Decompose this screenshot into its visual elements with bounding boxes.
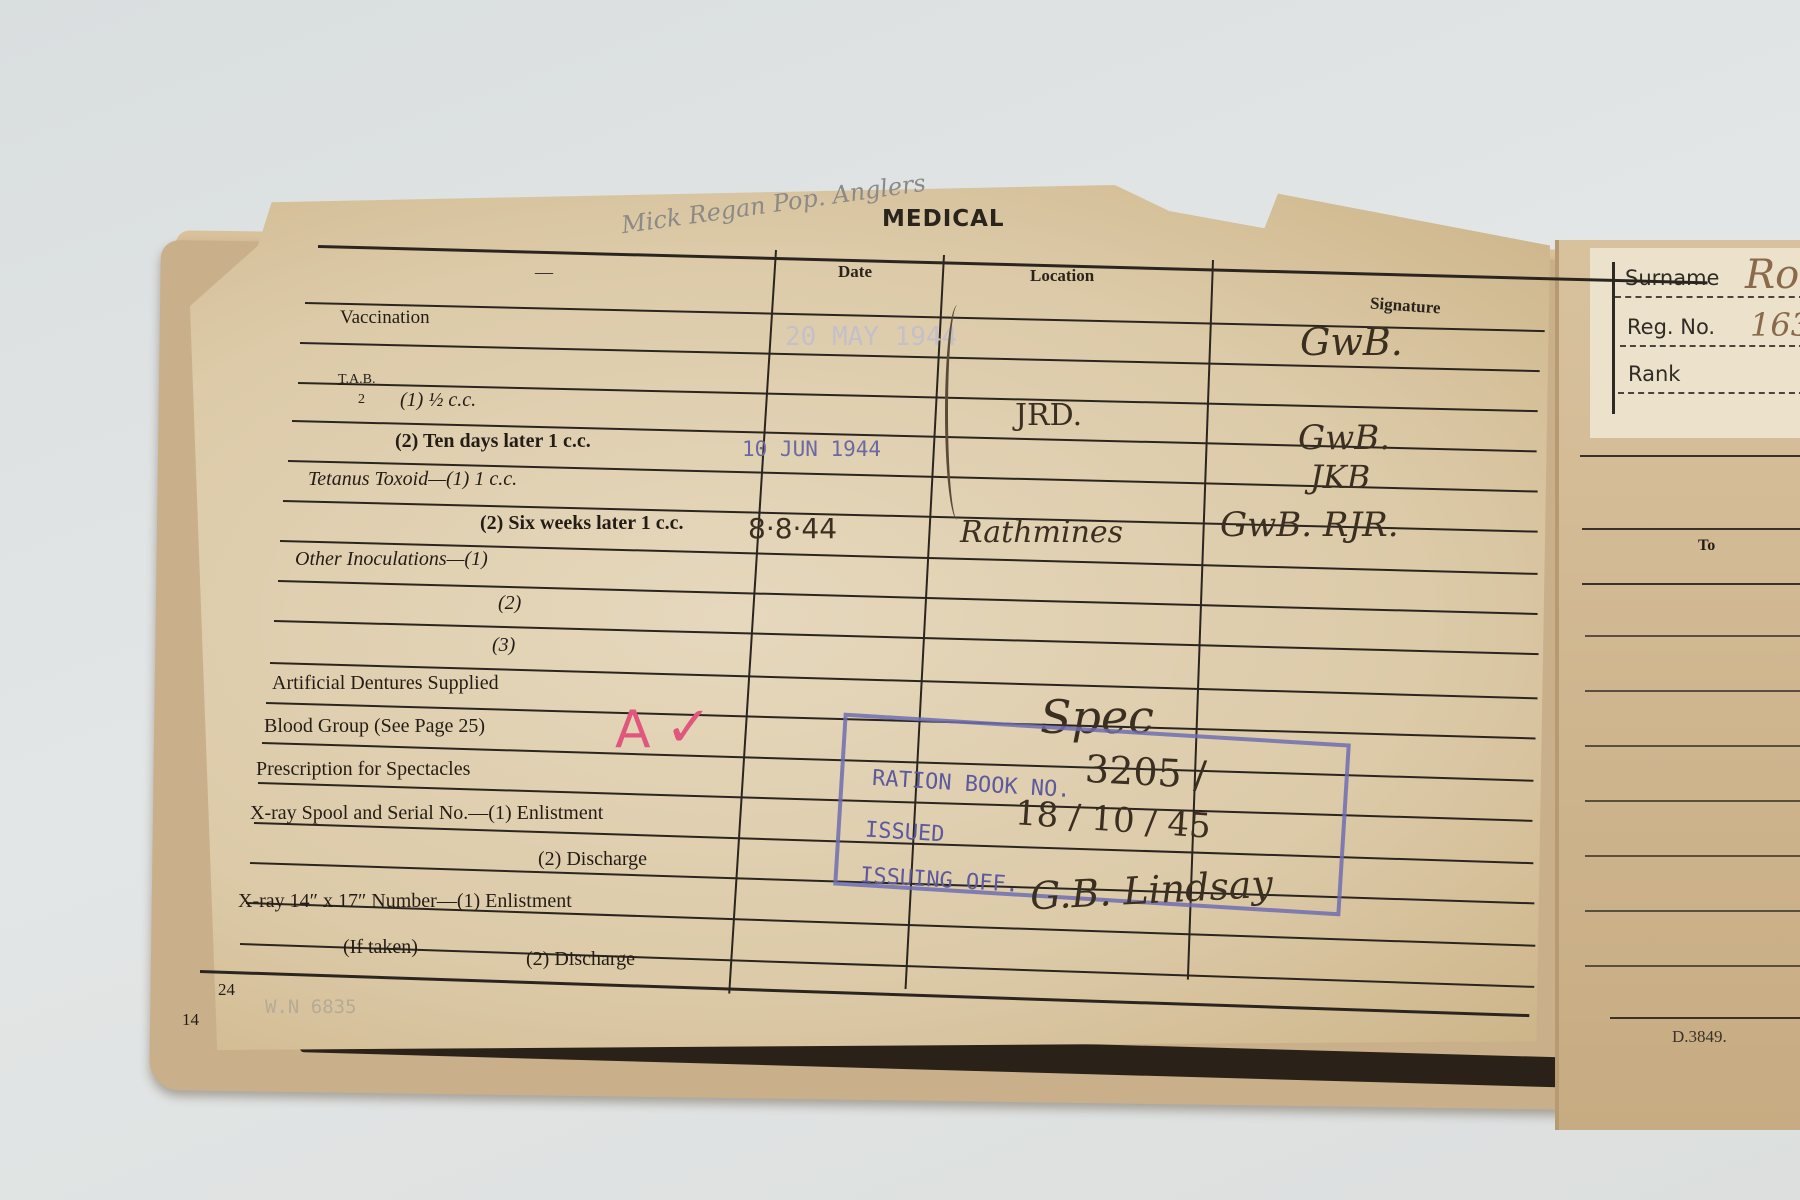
blood-group-checkmark: ✓ xyxy=(665,695,712,760)
reg-no-line xyxy=(1620,345,1800,347)
row-label-xray-number-1: X-ray 14″ x 17″ Number—(1) Enlistment xyxy=(238,890,572,913)
row-label-xray-spool-2: (2) Discharge xyxy=(538,848,647,871)
location-tetanus-2: Rathmines xyxy=(960,515,1123,550)
tag-divider xyxy=(1612,262,1615,414)
row-label-blood-group: Blood Group (See Page 25) xyxy=(264,715,485,738)
rank-line xyxy=(1618,392,1800,394)
stamp-ration-book-value: 3205 / xyxy=(1084,747,1208,797)
row-label-tetanus-2: (2) Six weeks later 1 c.c. xyxy=(480,512,683,535)
row-label-tab-bottom: 2 xyxy=(358,392,365,408)
surname-line xyxy=(1615,296,1800,298)
row-label-xray-spool-1: X-ray Spool and Serial No.—(1) Enlistmen… xyxy=(250,802,603,825)
right-rule xyxy=(1585,635,1800,637)
form-code: D.3849. xyxy=(1672,1027,1727,1047)
row-label-tab-2: (2) Ten days later 1 c.c. xyxy=(395,430,591,453)
right-rule xyxy=(1585,910,1800,912)
to-label: To xyxy=(1698,537,1715,555)
row-label-other-2: (2) xyxy=(498,592,521,615)
date-vaccination: 20 MAY 1944 xyxy=(785,322,957,352)
signature-tetanus-2: GwB. RJR. xyxy=(1220,505,1399,545)
date-tab-2: 10 JUN 1944 xyxy=(742,437,881,461)
reg-no-value: 163 xyxy=(1750,306,1800,344)
signature-tab-2: GwB. xyxy=(1298,418,1390,458)
row-label-vaccination: Vaccination xyxy=(340,307,430,329)
row-label-xray-number-2: (2) Discharge xyxy=(526,948,635,971)
right-rule xyxy=(1585,745,1800,747)
surname-value: Ro xyxy=(1745,252,1799,298)
row-label-tab-1: (1) ½ c.c. xyxy=(400,389,476,412)
faint-serial: W.N 6835 xyxy=(265,996,357,1018)
right-rule xyxy=(1610,1017,1800,1019)
right-rule xyxy=(1582,583,1800,585)
row-label-if-taken: (If taken) xyxy=(343,936,418,959)
date-tetanus-2: 8·8·44 xyxy=(748,512,837,545)
page-title: MEDICAL xyxy=(882,206,1005,232)
location-column-header: Location xyxy=(1030,266,1094,286)
row-label-other-3: (3) xyxy=(492,634,515,657)
stamp-issued-label: ISSUED xyxy=(864,818,945,848)
brace-icon xyxy=(945,305,970,520)
row-label-other-1: Other Inoculations—(1) xyxy=(295,548,488,571)
item-column-header: — xyxy=(535,262,553,283)
right-rule xyxy=(1582,528,1800,530)
location-tab: JRD. xyxy=(1015,398,1082,433)
row-label-tab-top: T.A.B. xyxy=(338,372,375,388)
rank-label: Rank xyxy=(1628,362,1680,386)
page-number-top: 24 xyxy=(218,980,235,1000)
right-rule xyxy=(1585,690,1800,692)
right-rule xyxy=(1585,800,1800,802)
row-label-dentures: Artificial Dentures Supplied xyxy=(272,672,499,695)
page-number-bottom: 14 xyxy=(182,1010,199,1030)
reg-no-label: Reg. No. xyxy=(1627,315,1715,339)
right-rule xyxy=(1580,455,1800,457)
date-column-header: Date xyxy=(838,262,872,282)
row-label-tetanus-1: Tetanus Toxoid—(1) 1 c.c. xyxy=(308,468,517,491)
signature-vaccination: GwB. xyxy=(1300,320,1403,364)
blood-group-value: A xyxy=(615,700,651,760)
row-label-spectacles: Prescription for Spectacles xyxy=(256,758,470,781)
right-rule xyxy=(1585,855,1800,857)
right-rule xyxy=(1585,965,1800,967)
signature-tetanus-1: JKB xyxy=(1310,458,1370,496)
surname-label: Surname xyxy=(1625,266,1719,290)
